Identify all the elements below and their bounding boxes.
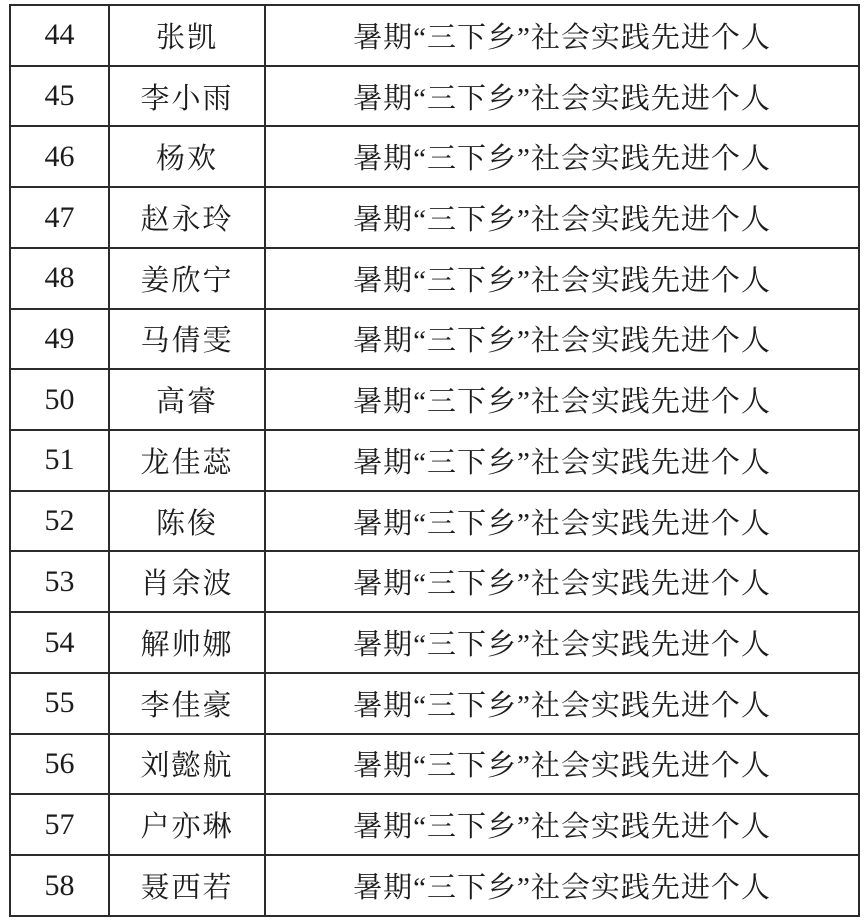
name-cell: 肖余波 — [109, 551, 265, 612]
name-cell: 李佳豪 — [109, 673, 265, 734]
award-cell: 暑期“三下乡”社会实践先进个人 — [265, 430, 859, 491]
row-number-cell: 57 — [10, 794, 109, 855]
row-number-cell: 49 — [10, 309, 109, 370]
name-cell: 姜欣宁 — [109, 248, 265, 309]
name-cell: 马倩雯 — [109, 309, 265, 370]
row-number-cell: 58 — [10, 855, 109, 916]
name-cell: 聂西若 — [109, 855, 265, 916]
row-number-cell: 51 — [10, 430, 109, 491]
table-row: 56 刘懿航 暑期“三下乡”社会实践先进个人 — [10, 734, 859, 795]
award-cell: 暑期“三下乡”社会实践先进个人 — [265, 673, 859, 734]
row-number-cell: 47 — [10, 187, 109, 248]
table-row: 53 肖余波 暑期“三下乡”社会实践先进个人 — [10, 551, 859, 612]
row-number-cell: 53 — [10, 551, 109, 612]
name-cell: 解帅娜 — [109, 612, 265, 673]
award-table-body: 44 张凯 暑期“三下乡”社会实践先进个人 45 李小雨 暑期“三下乡”社会实践… — [10, 5, 859, 916]
table-row: 52 陈俊 暑期“三下乡”社会实践先进个人 — [10, 491, 859, 552]
table-row: 51 龙佳蕊 暑期“三下乡”社会实践先进个人 — [10, 430, 859, 491]
row-number-cell: 52 — [10, 491, 109, 552]
table-row: 44 张凯 暑期“三下乡”社会实践先进个人 — [10, 5, 859, 66]
award-recipients-table: 44 张凯 暑期“三下乡”社会实践先进个人 45 李小雨 暑期“三下乡”社会实践… — [9, 4, 860, 917]
table-row: 49 马倩雯 暑期“三下乡”社会实践先进个人 — [10, 309, 859, 370]
name-cell: 刘懿航 — [109, 734, 265, 795]
award-cell: 暑期“三下乡”社会实践先进个人 — [265, 369, 859, 430]
name-cell: 龙佳蕊 — [109, 430, 265, 491]
award-cell: 暑期“三下乡”社会实践先进个人 — [265, 309, 859, 370]
award-cell: 暑期“三下乡”社会实践先进个人 — [265, 66, 859, 127]
name-cell: 高睿 — [109, 369, 265, 430]
name-cell: 赵永玲 — [109, 187, 265, 248]
table-row: 47 赵永玲 暑期“三下乡”社会实践先进个人 — [10, 187, 859, 248]
table-row: 58 聂西若 暑期“三下乡”社会实践先进个人 — [10, 855, 859, 916]
table-row: 48 姜欣宁 暑期“三下乡”社会实践先进个人 — [10, 248, 859, 309]
table-row: 45 李小雨 暑期“三下乡”社会实践先进个人 — [10, 66, 859, 127]
table-row: 50 高睿 暑期“三下乡”社会实践先进个人 — [10, 369, 859, 430]
award-cell: 暑期“三下乡”社会实践先进个人 — [265, 126, 859, 187]
row-number-cell: 54 — [10, 612, 109, 673]
award-cell: 暑期“三下乡”社会实践先进个人 — [265, 612, 859, 673]
award-cell: 暑期“三下乡”社会实践先进个人 — [265, 734, 859, 795]
table-row: 55 李佳豪 暑期“三下乡”社会实践先进个人 — [10, 673, 859, 734]
name-cell: 张凯 — [109, 5, 265, 66]
table-row: 46 杨欢 暑期“三下乡”社会实践先进个人 — [10, 126, 859, 187]
row-number-cell: 50 — [10, 369, 109, 430]
row-number-cell: 45 — [10, 66, 109, 127]
table-row: 54 解帅娜 暑期“三下乡”社会实践先进个人 — [10, 612, 859, 673]
row-number-cell: 48 — [10, 248, 109, 309]
award-cell: 暑期“三下乡”社会实践先进个人 — [265, 5, 859, 66]
name-cell: 杨欢 — [109, 126, 265, 187]
row-number-cell: 44 — [10, 5, 109, 66]
award-cell: 暑期“三下乡”社会实践先进个人 — [265, 491, 859, 552]
name-cell: 陈俊 — [109, 491, 265, 552]
row-number-cell: 46 — [10, 126, 109, 187]
row-number-cell: 56 — [10, 734, 109, 795]
award-cell: 暑期“三下乡”社会实践先进个人 — [265, 551, 859, 612]
award-cell: 暑期“三下乡”社会实践先进个人 — [265, 855, 859, 916]
award-cell: 暑期“三下乡”社会实践先进个人 — [265, 187, 859, 248]
name-cell: 户亦琳 — [109, 794, 265, 855]
award-cell: 暑期“三下乡”社会实践先进个人 — [265, 794, 859, 855]
award-cell: 暑期“三下乡”社会实践先进个人 — [265, 248, 859, 309]
row-number-cell: 55 — [10, 673, 109, 734]
name-cell: 李小雨 — [109, 66, 265, 127]
table-row: 57 户亦琳 暑期“三下乡”社会实践先进个人 — [10, 794, 859, 855]
